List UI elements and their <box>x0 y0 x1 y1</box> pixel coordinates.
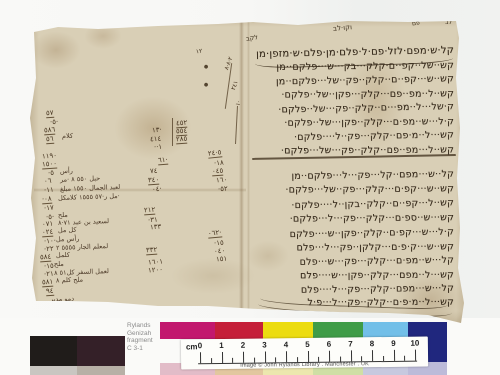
ruler-tick-major <box>372 350 373 361</box>
ruler-tick-major <box>307 351 308 362</box>
handwritten-word: كل مل <box>58 227 77 235</box>
marginal-scribble: פם <box>412 19 421 27</box>
marginal-scribble: לב <box>445 19 452 26</box>
ruler-tick-major <box>264 351 265 362</box>
ruler-tick-major <box>221 352 222 363</box>
ruler-number-4: 4 <box>284 340 289 349</box>
handwritten-numeral: ٣٣٢ <box>146 247 158 256</box>
color-patch-yellow <box>263 322 313 339</box>
ruler-tick-major <box>200 352 201 363</box>
pen-stroke <box>172 118 173 146</box>
handwritten-word: دمو مدير <box>50 296 74 304</box>
ruler-tick-major <box>350 350 351 361</box>
marginal-scribble: לקב <box>246 34 259 43</box>
handwritten-word: كلام <box>62 133 73 140</box>
handwritten-numeral: ١٣· <box>152 127 162 135</box>
manuscript-paper: קל·ש·מפם·לזל·פם·ל·פלם·מן·פלם·ש·מזפן·מןקש… <box>28 18 466 324</box>
handwritten-word: ملح <box>54 261 64 268</box>
handwritten-numeral: ١· <box>234 100 242 107</box>
handwritten-word: حبل ٥٥٠ ٨ ·مر <box>60 175 100 183</box>
handwritten-numeral: ·١٧ <box>44 205 54 213</box>
handwritten-numeral: ··١ <box>154 144 163 152</box>
photo-stage: Rylands Genizah fragment C 3-1 cm 012345… <box>0 0 500 375</box>
ruler-number-5: 5 <box>305 340 310 349</box>
label-line-3: fragment <box>127 337 165 345</box>
color-patch-magenta <box>160 322 215 339</box>
color-patch-light-gray <box>30 366 77 375</box>
handwritten-numeral: ٢·٨·٨ <box>223 56 234 71</box>
handwritten-numeral: ٥٦ <box>46 136 54 145</box>
handwritten-numeral: ١٥١ <box>216 256 228 264</box>
handwritten-numeral: ١٣٣ <box>150 224 162 232</box>
marginal-scribble: וקו·לב <box>333 24 353 33</box>
color-patch-black <box>30 336 77 366</box>
ink-blot: ● <box>204 64 209 71</box>
ruler-tick-major <box>393 350 394 361</box>
ruler-number-3: 3 <box>262 340 267 349</box>
label-line-1: Rylands <box>127 322 165 330</box>
label-line-4: C 3-1 <box>127 345 165 353</box>
color-patch-warm-gray <box>77 366 125 375</box>
ruler-number-10: 10 <box>410 339 419 348</box>
ruler-number-6: 6 <box>327 340 332 349</box>
ruler-number-7: 7 <box>348 339 353 348</box>
handwritten-numeral: ١٦٠ <box>216 177 228 185</box>
handwritten-word: كلمل <box>56 252 70 259</box>
label-line-2: Genizah <box>127 330 165 338</box>
institution-label: Rylands Genizah fragment C 3-1 <box>127 322 165 352</box>
handwritten-numeral: ٢٨٥ <box>176 136 188 145</box>
ruler-tick-major <box>329 351 330 362</box>
ruler-tick-major <box>286 351 287 362</box>
handwritten-numeral: ٠٤· <box>152 186 162 194</box>
ruler-number-9: 9 <box>391 339 396 348</box>
handwritten-numeral: ·٥٢ <box>218 186 228 194</box>
cm-ruler: cm 012345678910 Image © John Rylands Lib… <box>181 336 428 369</box>
ruler-number-2: 2 <box>241 341 246 350</box>
ink-blot: ● <box>204 82 209 89</box>
handwritten-numeral: ٧٤ <box>150 168 158 176</box>
ruler-unit-label: cm <box>186 342 198 351</box>
color-patch-red <box>215 322 263 339</box>
ruler-tick-major <box>243 352 244 363</box>
handwritten-numeral: ٦١· <box>158 157 168 166</box>
ruler-number-1: 1 <box>219 341 224 350</box>
handwritten-word: مل ر·٥٧ ١٥٥٥ كلامكل· <box>58 193 120 202</box>
handwritten-numeral: ٥٧ <box>46 110 54 119</box>
handwritten-word: ملح كلم ٨ <box>56 277 83 285</box>
numerals-column: ٥٧·٥·٥٨٦٥٦كلام١١٩٠١٥٠٠·٥رأس٠٦حبل ٥٥٠ ٨ ·… <box>28 18 466 324</box>
marginal-scribble: ١٢ <box>195 47 203 55</box>
ruler-number-0: 0 <box>198 341 203 350</box>
handwritten-word: رأس <box>60 168 73 175</box>
color-patch-dark-plum <box>77 336 125 366</box>
handwritten-numeral: ٢٤١ <box>230 80 240 91</box>
ruler-tick-major <box>415 350 416 361</box>
handwritten-numeral: ٠٦٢· <box>208 229 222 238</box>
handwritten-numeral: ·١١ <box>44 187 54 195</box>
handwritten-numeral: ١٢٠٠ <box>148 266 163 274</box>
pen-stroke <box>235 106 238 144</box>
handwritten-numeral: ٢١٢ <box>144 207 156 216</box>
ruler-number-8: 8 <box>370 339 375 348</box>
handwritten-numeral: ٠٦ <box>44 178 52 186</box>
handwritten-numeral: ٥·٢٤ <box>208 149 222 158</box>
